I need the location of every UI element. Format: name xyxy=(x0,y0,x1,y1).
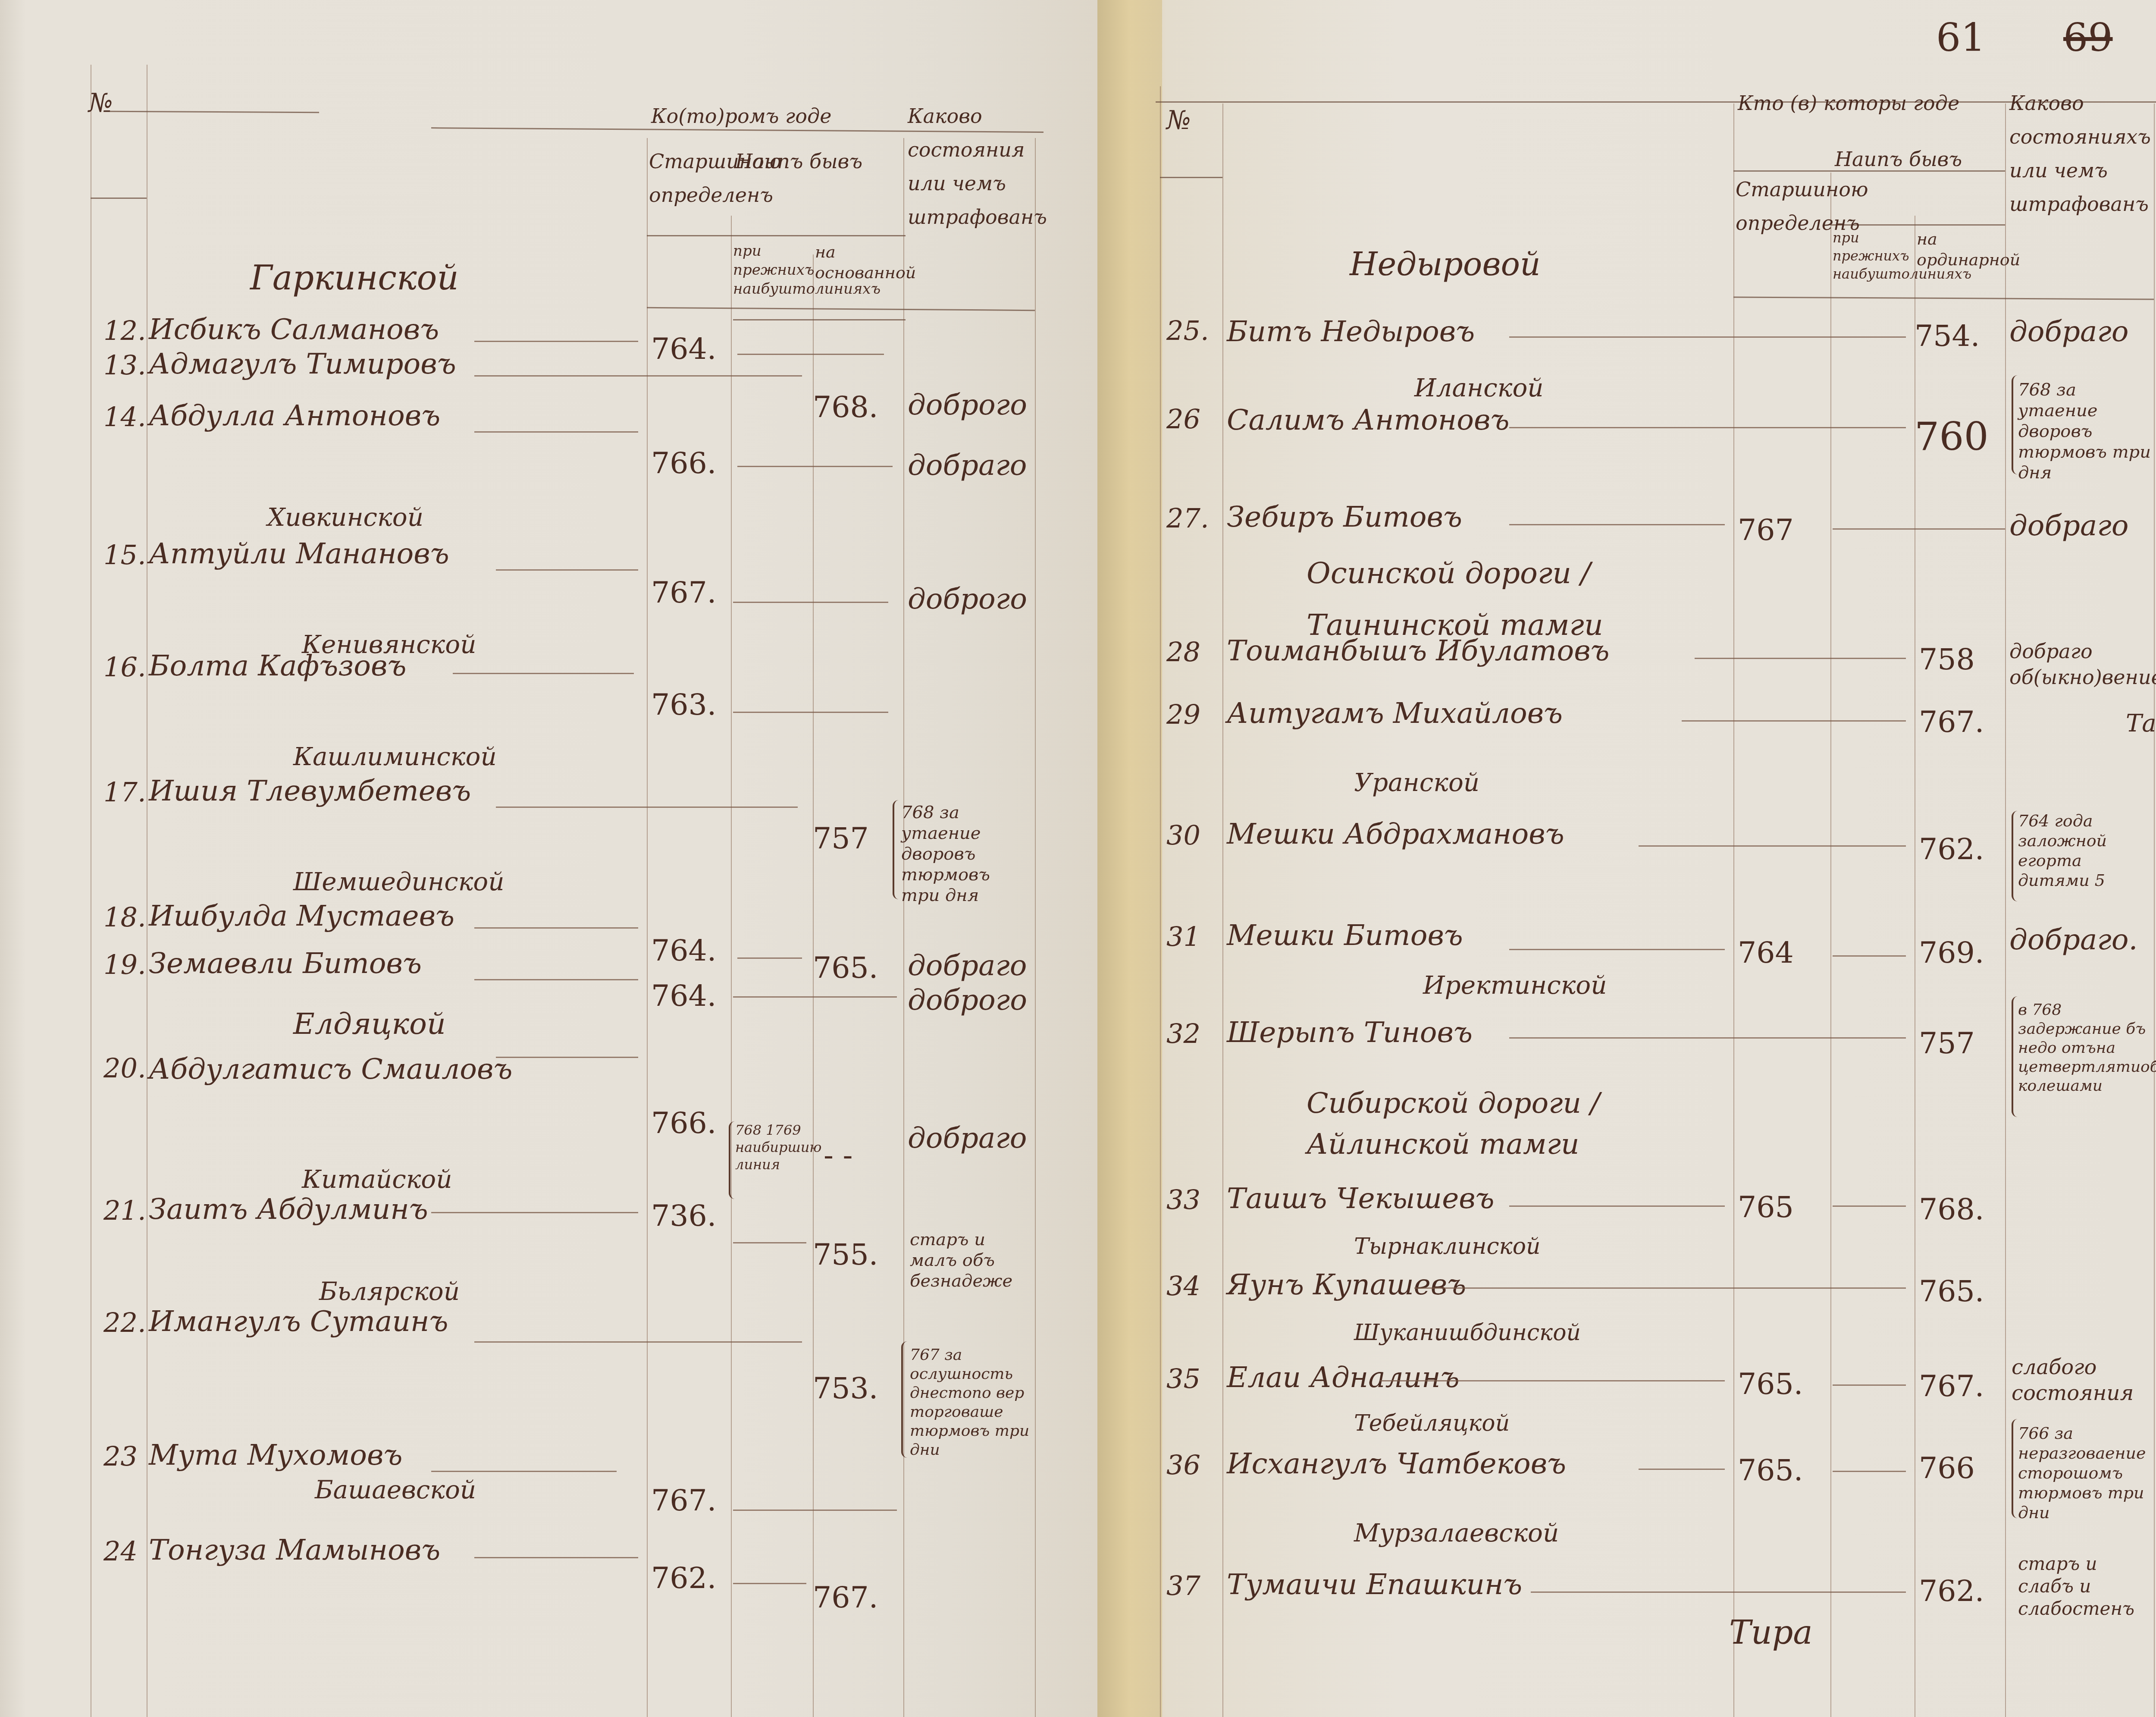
entry-condition-note: 766 за неразговаение сторошомъ тюрмовъ т… xyxy=(2018,1423,2152,1522)
page-number: 61 xyxy=(1936,15,1986,60)
entry-name: Яунъ Купашевъ xyxy=(1227,1268,1466,1301)
leader-line xyxy=(737,466,893,467)
entry-starshina-year: 763. xyxy=(651,688,716,722)
entry-name: Шерыпъ Тиновъ xyxy=(1227,1016,1473,1049)
entry-name: Ишия Тлевумбетевъ xyxy=(149,774,471,807)
entry-condition-note: в 768 задержание бъ недо отъна цетвертля… xyxy=(2018,1001,2152,1095)
entry-name: Зебиръ Битовъ xyxy=(1227,500,1462,534)
rule-right-starshina-col xyxy=(1733,104,1734,1717)
entry-starshina-year: 766. xyxy=(651,446,716,480)
note-brace xyxy=(901,1341,907,1458)
entry-condition: добраго xyxy=(2009,509,2129,542)
entry-naib-year: 766 xyxy=(1919,1451,1975,1485)
clan-heading: Бьлярской xyxy=(319,1277,460,1306)
clan-heading: Шуканишбдинской xyxy=(1354,1320,1581,1346)
clan-heading: Башаевской xyxy=(315,1475,476,1504)
entry-starshina-year: 766. xyxy=(651,1106,716,1140)
leader-line xyxy=(733,1583,806,1584)
right-naib-column-header: Наипъ бывъ xyxy=(1835,142,2003,176)
entry-naib-new: - - xyxy=(824,1139,853,1173)
clan-heading: Тебейляцкой xyxy=(1354,1410,1510,1436)
entry-number: 34 xyxy=(1166,1270,1200,1302)
leader-line xyxy=(1695,658,1906,659)
entry-starshina-year: 764 xyxy=(1738,936,1794,970)
year-column-header: Ко(то)ромъ годе xyxy=(651,99,901,133)
leader-line xyxy=(1833,1384,1906,1386)
entry-name: Таишъ Чекышевъ xyxy=(1227,1182,1495,1215)
note-brace xyxy=(2012,1419,2018,1518)
rule-right-margin xyxy=(1160,86,1161,1717)
margin-note: Тар xyxy=(2126,709,2156,738)
leader-line xyxy=(733,1510,897,1511)
note-brace xyxy=(2012,811,2018,901)
entry-naib-year: 767. xyxy=(1919,1369,1984,1403)
rule-left-header-sub2 xyxy=(733,319,906,320)
rule-right-number-under xyxy=(1160,177,1222,178)
leader-line xyxy=(1509,427,1906,428)
right-year-column-header: Кто (в) которы годе xyxy=(1738,86,2001,120)
leader-line xyxy=(474,431,638,433)
clan-heading: Недыровой xyxy=(1350,246,1541,283)
note-brace xyxy=(2012,375,2018,474)
entry-starshina-year: 736. xyxy=(651,1199,716,1233)
leader-line xyxy=(1833,1205,1906,1207)
clan-heading: Елдяцкой xyxy=(293,1007,446,1041)
clan-heading: Хивкинской xyxy=(267,502,423,532)
entry-name: Мешки Битовъ xyxy=(1227,919,1463,952)
right-naib-former-column-header: при прежнихъ наибуштолинияхъ xyxy=(1833,229,1915,283)
rule-left-naib-former-col xyxy=(731,216,732,1717)
leader-line xyxy=(1509,1205,1725,1207)
entry-number: 17. xyxy=(103,776,146,808)
entry-number: 32 xyxy=(1166,1018,1200,1049)
page-number-struck: 69 xyxy=(2063,15,2113,60)
leader-line xyxy=(737,957,802,959)
entry-condition-note: старъ и слабъ и слабостенъ xyxy=(2018,1553,2152,1620)
entry-condition: добраго. xyxy=(2009,923,2138,956)
entry-condition-note: добраго об(ыкно)вение xyxy=(2009,638,2152,690)
entry-naib-year: 765. xyxy=(813,951,878,985)
entry-number: 12. xyxy=(103,315,146,346)
rule-right-name-col xyxy=(1222,104,1223,1717)
leader-line xyxy=(733,602,888,603)
leader-line xyxy=(1509,524,1725,525)
entry-name: Исхангулъ Чатбековъ xyxy=(1227,1447,1566,1480)
leader-line xyxy=(1833,528,2005,530)
entry-naib-year: 757 xyxy=(813,822,869,856)
entry-starshina-year: 765. xyxy=(1738,1367,1803,1401)
condition-column-header: Каково состояния или чемъ штрафованъ xyxy=(908,99,1033,234)
entry-number: 25. xyxy=(1166,315,1209,346)
entry-naib-year: 768. xyxy=(813,390,878,424)
entry-naib-year: 767. xyxy=(1919,705,1984,739)
leader-line xyxy=(474,979,638,980)
entry-naib-year: 767. xyxy=(813,1581,878,1615)
entry-starshina-year: 765 xyxy=(1738,1190,1794,1224)
entry-naib-year: 762. xyxy=(1919,832,1984,866)
entry-name: Елаи Адналинъ xyxy=(1227,1361,1460,1394)
entry-number: 22. xyxy=(103,1307,146,1338)
entry-number: 19. xyxy=(103,949,146,980)
entry-number: 37 xyxy=(1166,1570,1200,1601)
right-naib-new-column-header: на ординарной xyxy=(1917,229,2003,270)
leader-line xyxy=(733,712,888,713)
clan-heading: Шемшединской xyxy=(293,867,505,896)
leader-line xyxy=(1509,949,1725,950)
entry-number: 30 xyxy=(1166,819,1200,851)
entry-name: Имангулъ Сутаинъ xyxy=(149,1305,448,1338)
entry-starshina-year: 765. xyxy=(1738,1453,1803,1488)
naib-column-header: Наипъ бывъ xyxy=(735,144,899,178)
entry-starshina-year: 764. xyxy=(651,332,716,366)
leader-line xyxy=(474,1341,802,1343)
entry-naib-year: 753. xyxy=(813,1372,878,1406)
rule-left-naib-new-col xyxy=(813,254,814,1717)
rule-right-edge xyxy=(2154,104,2155,1717)
rule-left-number-col xyxy=(91,65,91,1717)
note-brace xyxy=(2012,996,2018,1117)
entry-name: Абдулла Антоновъ xyxy=(149,399,440,432)
clan-heading: Сибирской дороги / Айлинской тамги xyxy=(1307,1083,1695,1165)
catchword: Тира xyxy=(1729,1613,1813,1651)
entry-number: 24 xyxy=(103,1535,138,1567)
entry-condition: доброго xyxy=(908,388,1027,421)
entry-naib-year: 768. xyxy=(1919,1193,1984,1227)
entry-naib-former-note: 768 1769 наибиршию линия xyxy=(735,1121,813,1173)
leader-line xyxy=(474,1557,638,1558)
entry-naib-year: 757 xyxy=(1919,1026,1975,1061)
leader-line xyxy=(1682,720,1906,722)
entry-starshina-year: 767. xyxy=(651,1484,716,1518)
right-starshina-column-header: Старшиною определенъ xyxy=(1736,173,1828,240)
leader-line xyxy=(496,1057,638,1058)
rule-right-condition-col xyxy=(2005,104,2006,1717)
entry-number: 21. xyxy=(103,1195,146,1226)
entry-condition: добраго xyxy=(908,949,1027,982)
leader-line xyxy=(496,807,798,808)
entry-name: Аптуйли Манановъ xyxy=(149,537,449,570)
entry-number: 23 xyxy=(103,1441,138,1472)
entry-number: 27. xyxy=(1166,502,1209,534)
entry-condition-note: 768 за утаение дворовъ тюрмовъ три дня xyxy=(901,802,1031,906)
entry-condition: добраго xyxy=(2009,315,2129,348)
entry-number: 26 xyxy=(1166,403,1200,435)
entry-naib-year: 769. xyxy=(1919,936,1984,970)
rule-left-header-sub xyxy=(647,235,906,236)
leader-line xyxy=(496,569,638,571)
clan-heading: Иректинской xyxy=(1423,970,1607,1000)
rule-right-top xyxy=(1156,101,2156,103)
entry-naib-year: 755. xyxy=(813,1238,878,1272)
leader-line xyxy=(474,341,638,342)
leader-line xyxy=(1639,1469,1725,1470)
entry-name: Мешки Абдрахмановъ xyxy=(1227,817,1564,851)
entry-number: 15. xyxy=(103,539,146,571)
entry-name: Битъ Недыровъ xyxy=(1227,315,1475,348)
clan-heading: Тырнаклинской xyxy=(1354,1234,1540,1259)
entry-number: 35 xyxy=(1166,1363,1200,1394)
entry-condition: доброго xyxy=(908,582,1027,615)
leader-line xyxy=(1639,845,1906,847)
clan-heading: Китайской xyxy=(302,1165,452,1194)
clan-heading: Мурзалаевской xyxy=(1354,1518,1559,1547)
leader-line xyxy=(1833,1471,1906,1472)
entry-name: Адмагулъ Тимировъ xyxy=(149,347,456,380)
entry-name: Аитугамъ Михайловъ xyxy=(1227,697,1563,730)
entry-name: Болта Кафъзовъ xyxy=(149,649,406,682)
number-column-header: № xyxy=(88,86,113,120)
rule-left-number-under xyxy=(91,198,147,199)
clan-heading: Уранской xyxy=(1354,768,1479,797)
leader-line xyxy=(733,1242,806,1243)
leader-line xyxy=(474,375,802,377)
leader-line xyxy=(1509,336,1906,338)
clan-heading: Гаркинской xyxy=(250,259,459,298)
entry-number: 16. xyxy=(103,651,146,683)
entry-number: 20. xyxy=(103,1052,146,1084)
entry-naib-year: 760 xyxy=(1915,414,1989,459)
entry-condition-note: слабого состояния xyxy=(2012,1354,2150,1406)
rule-left-name-col xyxy=(147,65,147,1717)
entry-starshina-year: 767 xyxy=(1738,513,1794,547)
entry-naib-year: 754. xyxy=(1915,319,1980,353)
entry-starshina-year: 762. xyxy=(651,1561,716,1595)
entry-starshina-year: 767. xyxy=(651,576,716,610)
entry-name: Ишбулда Мустаевъ xyxy=(149,899,454,932)
entry-name: Тоиманбышъ Ибулатовъ xyxy=(1227,634,1610,667)
entry-naib-year: 765. xyxy=(1919,1274,1984,1309)
leader-line xyxy=(1414,1287,1906,1289)
leader-line xyxy=(737,354,884,355)
entry-condition-note: 767 за ослушность днестопо вер торговаше… xyxy=(910,1346,1035,1460)
right-condition-column-header: Каково состоянияхъ или чемъ штрафованъ xyxy=(2009,86,2152,221)
clan-heading: Иланской xyxy=(1414,373,1544,402)
entry-condition: доброго xyxy=(908,983,1027,1017)
note-brace xyxy=(893,800,899,899)
entry-starshina-year: 764. xyxy=(651,979,716,1013)
leader-line xyxy=(1531,1591,1906,1593)
entry-name: Тонгуза Мамыновъ xyxy=(149,1533,440,1566)
rule-left-edge xyxy=(1035,138,1036,1717)
leader-line xyxy=(1833,955,1906,957)
entry-name: Абдулгатисъ Смаиловъ xyxy=(149,1052,512,1086)
entry-number: 29 xyxy=(1166,699,1200,730)
naib-new-column-header: на основанной xyxy=(815,242,901,283)
rule-left-condition-col xyxy=(903,138,904,1717)
entry-number: 31 xyxy=(1166,921,1200,952)
entry-name: Исбикъ Салмановъ xyxy=(149,313,439,346)
entry-number: 18. xyxy=(103,901,146,933)
leader-line xyxy=(474,927,638,929)
entry-naib-year: 758 xyxy=(1919,643,1975,677)
starshina-column-header: Старшиною определенъ xyxy=(649,144,729,212)
entry-number: 28 xyxy=(1166,636,1200,668)
right-number-column-header: № xyxy=(1166,104,1191,137)
entry-naib-year: 762. xyxy=(1919,1574,1984,1608)
leader-line xyxy=(1380,1380,1725,1381)
leader-line xyxy=(431,1471,617,1472)
entry-starshina-year: 764. xyxy=(651,934,716,968)
naib-former-column-header: при прежнихъ наибуштолинияхъ xyxy=(733,242,813,298)
entry-number: 33 xyxy=(1166,1184,1200,1215)
leader-line xyxy=(1509,1037,1906,1039)
leader-line xyxy=(431,1212,638,1213)
entry-condition-note: 768 за утаение дворовъ тюрмовъ три дня xyxy=(2018,380,2152,483)
entry-name: Тумаичи Епашкинъ xyxy=(1227,1568,1522,1601)
entry-number: 14. xyxy=(103,401,146,433)
entry-condition-note: старъ и малъ объ безнадеже xyxy=(910,1229,1035,1291)
entry-name: Земаевли Битовъ xyxy=(149,947,422,980)
rule-right-naib-former-col xyxy=(1830,173,1831,1717)
note-brace xyxy=(729,1121,735,1199)
entry-condition: добраго xyxy=(908,1121,1027,1155)
book-gutter xyxy=(1097,0,1162,1717)
entry-condition: добраго xyxy=(908,449,1027,482)
entry-name: Заитъ Абдулминъ xyxy=(149,1193,428,1226)
clan-heading: Кашлиминской xyxy=(293,742,497,771)
entry-number: 13. xyxy=(103,349,146,381)
entry-condition-note: 764 года заложной егорта дитями 5 xyxy=(2018,811,2147,890)
leader-line xyxy=(453,673,634,674)
leader-line xyxy=(733,996,897,998)
entry-number: 36 xyxy=(1166,1449,1200,1481)
entry-name: Салимъ Антоновъ xyxy=(1227,403,1509,436)
entry-name: Мута Мухомовъ xyxy=(149,1438,402,1472)
